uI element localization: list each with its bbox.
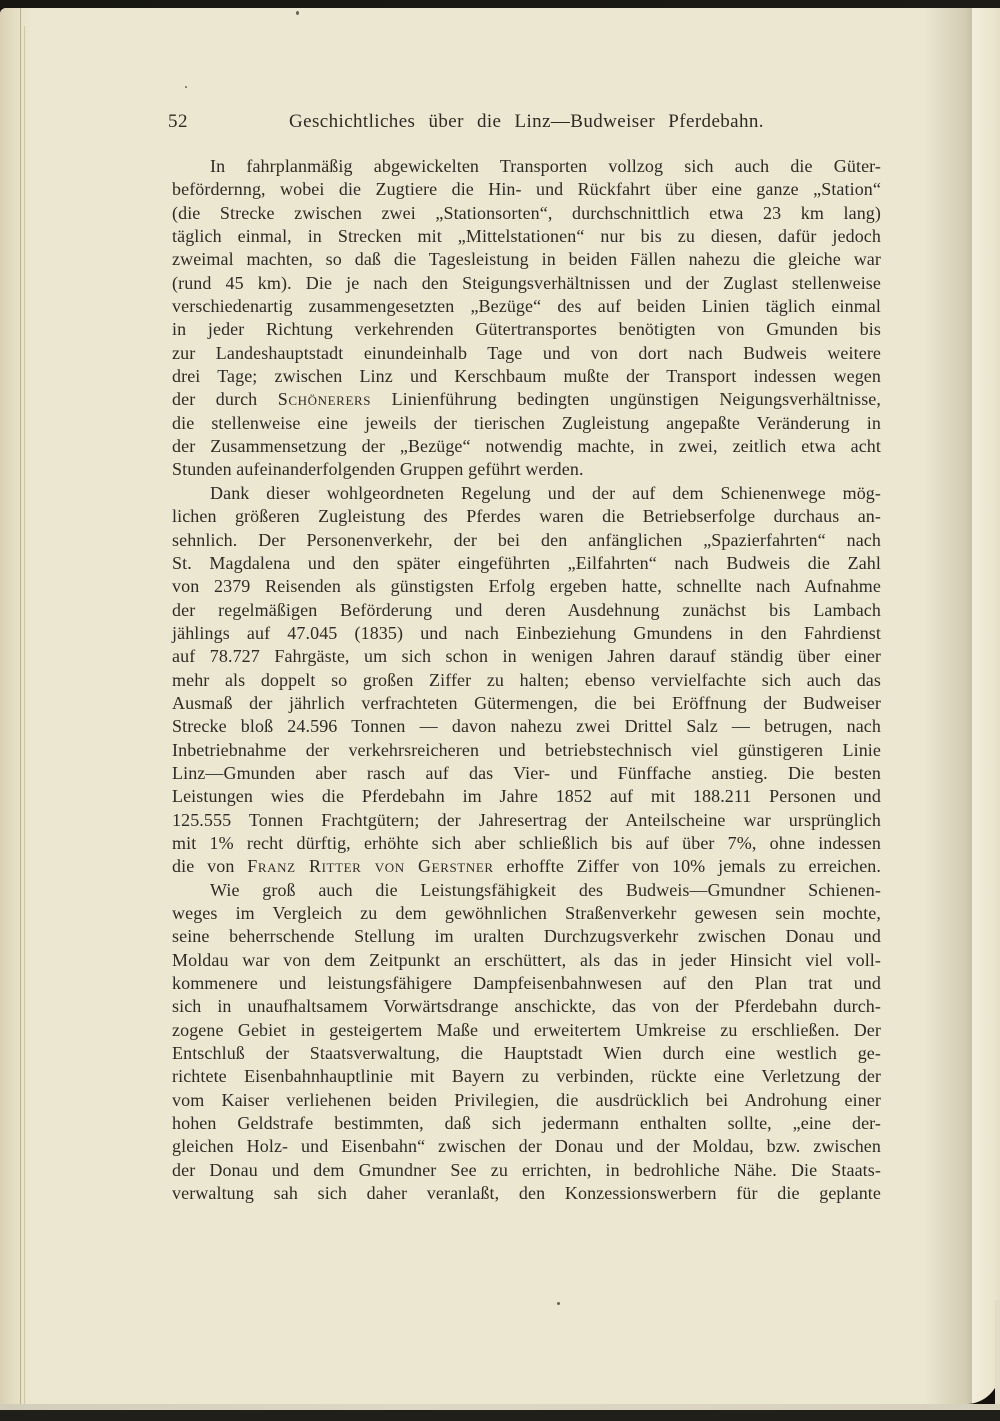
text-segment: Moldau war von dem Zeitpunkt an erschütt…	[172, 950, 881, 970]
text-segment: Wie groß auch die Leistungsfähigkeit des…	[210, 880, 881, 900]
text-segment: weges im Vergleich zu dem gewöhnlichen S…	[172, 903, 881, 923]
text-line: Inbetriebnahme der verkehrsreicheren und…	[172, 739, 881, 762]
text-segment: verwaltung sah sich daher veranlaßt, den…	[172, 1183, 881, 1203]
text-line: St. Magdalena und den später eingeführte…	[172, 552, 881, 575]
text-segment: erhoffte Ziffer von 10% jemals zu erreic…	[494, 856, 881, 876]
paragraph: Wie groß auch die Leistungsfähigkeit des…	[172, 879, 881, 1206]
text-line: der regelmäßigen Beförderung und deren A…	[172, 599, 881, 622]
text-segment: der durch	[172, 389, 278, 409]
text-segment: 125.555 Tonnen Frachtgütern; der Jahrese…	[172, 810, 881, 830]
ink-speck	[557, 1302, 560, 1305]
text-segment: kommenere und leistungsfähigere Dampfeis…	[172, 973, 881, 993]
text-segment: Leistungen wies die Pferdebahn im Jahre …	[172, 786, 881, 806]
text-line: der Donau und dem Gmundner See zu errich…	[172, 1159, 881, 1182]
text-line: drei Tage; zwischen Linz und Kerschbaum …	[172, 365, 881, 388]
text-line: (die Strecke zwischen zwei „Stationsorte…	[172, 202, 881, 225]
text-segment: Entschluß der Staatsverwaltung, die Haup…	[172, 1043, 881, 1063]
text-line: vom Kaiser verliehenen beiden Privilegie…	[172, 1089, 881, 1112]
paragraph: Dank dieser wohlgeordneten Regelung und …	[172, 482, 881, 879]
text-line: zogene Gebiet in gesteigertem Maße und e…	[172, 1019, 881, 1042]
text-segment: Strecke bloß 24.596 Tonnen — davon nahez…	[172, 716, 881, 736]
text-line: jählings auf 47.045 (1835) und nach Einb…	[172, 622, 881, 645]
text-segment: (rund 45 km). Die je nach den Steigungsv…	[172, 273, 881, 293]
text-line: täglich einmal, in Strecken mit „Mittels…	[172, 225, 881, 248]
text-line: verschiedenartig zusammengesetzten „Bezü…	[172, 295, 881, 318]
scan-edge-bottom	[0, 1410, 1000, 1421]
text-segment: zur Landeshauptstadt einundeinhalb Tage …	[172, 343, 881, 363]
text-line: In fahrplanmäßig abgewickelten Transport…	[172, 155, 881, 178]
right-fold-shade	[924, 8, 972, 1404]
text-segment: hohen Geldstrafe bestimmten, daß sich je…	[172, 1113, 881, 1133]
text-line: hohen Geldstrafe bestimmten, daß sich je…	[172, 1112, 881, 1135]
text-segment: verschiedenartig zusammengesetzten „Bezü…	[172, 296, 881, 316]
text-line: der Zusammensetzung der „Bezüge“ notwend…	[172, 435, 881, 458]
ink-speck	[185, 86, 187, 88]
text-line: Dank dieser wohlgeordneten Regelung und …	[172, 482, 881, 505]
running-header: Geschichtliches über die Linz—Budweiser …	[172, 111, 881, 133]
page-crease-line	[24, 26, 25, 1404]
text-segment: lichen größeren Zugleistung des Pferdes …	[172, 506, 881, 526]
text-line: lichen größeren Zugleistung des Pferdes …	[172, 505, 881, 528]
text-line: auf 78.727 Fahrgäste, um sich schon in w…	[172, 645, 881, 668]
text-line: seine beherrschende Stellung im uralten …	[172, 925, 881, 948]
text-line: zur Landeshauptstadt einundeinhalb Tage …	[172, 342, 881, 365]
text-segment: Dank dieser wohlgeordneten Regelung und …	[210, 483, 881, 503]
text-line: verwaltung sah sich daher veranlaßt, den…	[172, 1182, 881, 1205]
text-line: der durch Schönerers Linienführung bedin…	[172, 388, 881, 411]
text-line: (rund 45 km). Die je nach den Steigungsv…	[172, 272, 881, 295]
text-line: Entschluß der Staatsverwaltung, die Haup…	[172, 1042, 881, 1065]
text-line: Stunden aufeinanderfolgenden Gruppen gef…	[172, 458, 881, 481]
text-segment: der Donau und dem Gmundner See zu errich…	[172, 1160, 881, 1180]
text-segment: sehnlich. Der Personenverkehr, der bei d…	[172, 530, 881, 550]
text-line: 125.555 Tonnen Frachtgütern; der Jahrese…	[172, 809, 881, 832]
text-segment: von 2379 Reisenden als günstigsten Erfol…	[172, 576, 881, 596]
text-line: mehr als doppelt so großen Ziffer zu hal…	[172, 669, 881, 692]
text-line: in jeder Richtung verkehrenden Gütertran…	[172, 318, 881, 341]
text-segment: (die Strecke zwischen zwei „Stationsorte…	[172, 203, 881, 223]
text-segment: zogene Gebiet in gesteigertem Maße und e…	[172, 1020, 881, 1040]
small-caps-name: Schönerers	[278, 389, 371, 409]
ink-speck	[296, 11, 299, 15]
text-segment: seine beherrschende Stellung im uralten …	[172, 926, 881, 946]
text-segment: vom Kaiser verliehenen beiden Privilegie…	[172, 1090, 881, 1110]
scan-edge-top	[0, 0, 1000, 8]
text-segment: zweimal machten, so daß die Tagesleistun…	[172, 249, 881, 269]
text-segment: Inbetriebnahme der verkehrsreicheren und…	[172, 740, 881, 760]
text-line: zweimal machten, so daß die Tagesleistun…	[172, 248, 881, 271]
text-segment: Linienführung bedingten ungünstigen Neig…	[371, 389, 881, 409]
text-segment: mit 1% recht dürftig, erhöhte sich aber …	[172, 833, 881, 853]
text-segment: der regelmäßigen Beförderung und deren A…	[172, 600, 881, 620]
text-segment: täglich einmal, in Strecken mit „Mittels…	[172, 226, 881, 246]
text-line: mit 1% recht dürftig, erhöhte sich aber …	[172, 832, 881, 855]
left-page-edge-shade	[0, 8, 34, 1404]
text-segment: richtete Eisenbahnhauptlinie mit Bayern …	[172, 1066, 881, 1086]
text-line: Linz—Gmunden aber rasch auf das Vier- un…	[172, 762, 881, 785]
book-page: 52 Geschichtliches über die Linz—Budweis…	[0, 8, 1000, 1404]
paragraph: In fahrplanmäßig abgewickelten Transport…	[172, 155, 881, 482]
text-line: Ausmaß der jährlich verfrachteten Güterm…	[172, 692, 881, 715]
next-page-sliver	[995, 1300, 1000, 1404]
text-line: sehnlich. Der Personenverkehr, der bei d…	[172, 529, 881, 552]
text-line: die stellenweise eine jeweils der tieris…	[172, 412, 881, 435]
text-segment: gleichen Holz- und Eisenbahn“ zwischen d…	[172, 1136, 881, 1156]
text-segment: Linz—Gmunden aber rasch auf das Vier- un…	[172, 763, 881, 783]
text-line: gleichen Holz- und Eisenbahn“ zwischen d…	[172, 1135, 881, 1158]
text-segment: Ausmaß der jährlich verfrachteten Güterm…	[172, 693, 881, 713]
text-line: befördernng, wobei die Zugtiere die Hin-…	[172, 178, 881, 201]
text-line: Strecke bloß 24.596 Tonnen — davon nahez…	[172, 715, 881, 738]
text-segment: auf 78.727 Fahrgäste, um sich schon in w…	[172, 646, 881, 666]
page-crease-line	[20, 8, 21, 1404]
text-segment: In fahrplanmäßig abgewickelten Transport…	[210, 156, 881, 176]
small-caps-name: Franz Ritter von Gerstner	[247, 856, 493, 876]
text-segment: befördernng, wobei die Zugtiere die Hin-…	[172, 179, 881, 199]
text-line: Moldau war von dem Zeitpunkt an erschütt…	[172, 949, 881, 972]
body-text: In fahrplanmäßig abgewickelten Transport…	[172, 155, 881, 1205]
right-page-curl	[972, 8, 1000, 1404]
text-segment: in jeder Richtung verkehrenden Gütertran…	[172, 319, 881, 339]
text-segment: Stunden aufeinanderfolgenden Gruppen gef…	[172, 459, 584, 479]
text-segment: die von	[172, 856, 247, 876]
text-segment: sich in unaufhaltsamem Vorwärtsdrange an…	[172, 996, 881, 1016]
text-segment: drei Tage; zwischen Linz und Kerschbaum …	[172, 366, 881, 386]
text-line: weges im Vergleich zu dem gewöhnlichen S…	[172, 902, 881, 925]
text-line: von 2379 Reisenden als günstigsten Erfol…	[172, 575, 881, 598]
scanned-book-page: 52 Geschichtliches über die Linz—Budweis…	[0, 0, 1000, 1421]
text-line: Leistungen wies die Pferdebahn im Jahre …	[172, 785, 881, 808]
text-segment: St. Magdalena und den später eingeführte…	[172, 553, 881, 573]
text-segment: der Zusammensetzung der „Bezüge“ notwend…	[172, 436, 881, 456]
text-line: sich in unaufhaltsamem Vorwärtsdrange an…	[172, 995, 881, 1018]
text-segment: mehr als doppelt so großen Ziffer zu hal…	[172, 670, 881, 690]
text-segment: die stellenweise eine jeweils der tieris…	[172, 413, 881, 433]
text-line: Wie groß auch die Leistungsfähigkeit des…	[172, 879, 881, 902]
text-line: die von Franz Ritter von Gerstner erhoff…	[172, 855, 881, 878]
text-segment: jählings auf 47.045 (1835) und nach Einb…	[172, 623, 881, 643]
text-line: richtete Eisenbahnhauptlinie mit Bayern …	[172, 1065, 881, 1088]
text-line: kommenere und leistungsfähigere Dampfeis…	[172, 972, 881, 995]
